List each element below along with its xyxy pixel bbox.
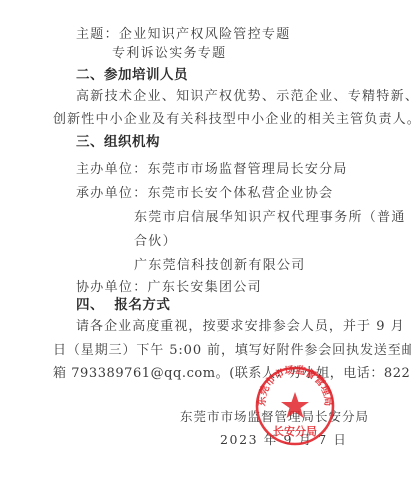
organizer-value-3: 广东莞信科技创新有限公司: [134, 258, 306, 274]
host-value: 东莞市市场监督管理局长安分局: [148, 162, 348, 177]
organizer-line: 承办单位：东莞市长安个体私营企业协会: [76, 186, 333, 202]
organizer-value-1: 东莞市长安个体私营企业协会: [148, 186, 334, 201]
section-4-body-line-1: 请各企业高度重视，按要求安排参会人员，并于 9 月 13: [76, 319, 411, 335]
coorganizer-line: 协办单位：广东长安集团公司: [76, 280, 262, 296]
section-4-body-line-3: 箱 793389761@qq.com。(联系人：方小姐，电话：82280850): [53, 366, 411, 382]
section-2-body-line-1: 高新技术企业、知识产权优势、示范企业、专精特新、: [76, 89, 411, 105]
organizer-label: 承办单位：: [76, 186, 148, 201]
organizer-value-2: 东莞市启信展华知识产权代理事务所（普通: [134, 210, 406, 226]
theme-label: 主题：: [76, 27, 119, 42]
section-4-heading: 四、 报名方式: [76, 297, 170, 313]
host-line: 主办单位：东莞市市场监督管理局长安分局: [76, 162, 348, 178]
coorganizer-label: 协办单位：: [76, 280, 148, 295]
section-2-body-line-2: 创新性中小企业及有关科技型中小企业的相关主管负责人。: [53, 112, 411, 128]
section-2-heading: 二、参加培训人员: [76, 67, 188, 83]
coorganizer-value: 广东长安集团公司: [148, 280, 262, 295]
host-label: 主办单位：: [76, 162, 148, 177]
theme-line-1: 主题：企业知识产权风险管控专题: [76, 27, 291, 43]
section-4-body-line-2: 日（星期三）下午 5:00 前，填写好附件参会回执发送至邮: [53, 343, 411, 359]
theme-topic-1: 企业知识产权风险管控专题: [119, 27, 291, 42]
seal-bottom-text: 长安分局: [273, 424, 317, 438]
organizer-value-2-cont: 合伙）: [134, 234, 177, 250]
official-seal-icon: 东莞市市场监督管理局 长安分局: [254, 365, 336, 447]
section-3-heading: 三、组织机构: [76, 134, 160, 150]
theme-topic-2: 专利诉讼实务专题: [112, 46, 226, 62]
